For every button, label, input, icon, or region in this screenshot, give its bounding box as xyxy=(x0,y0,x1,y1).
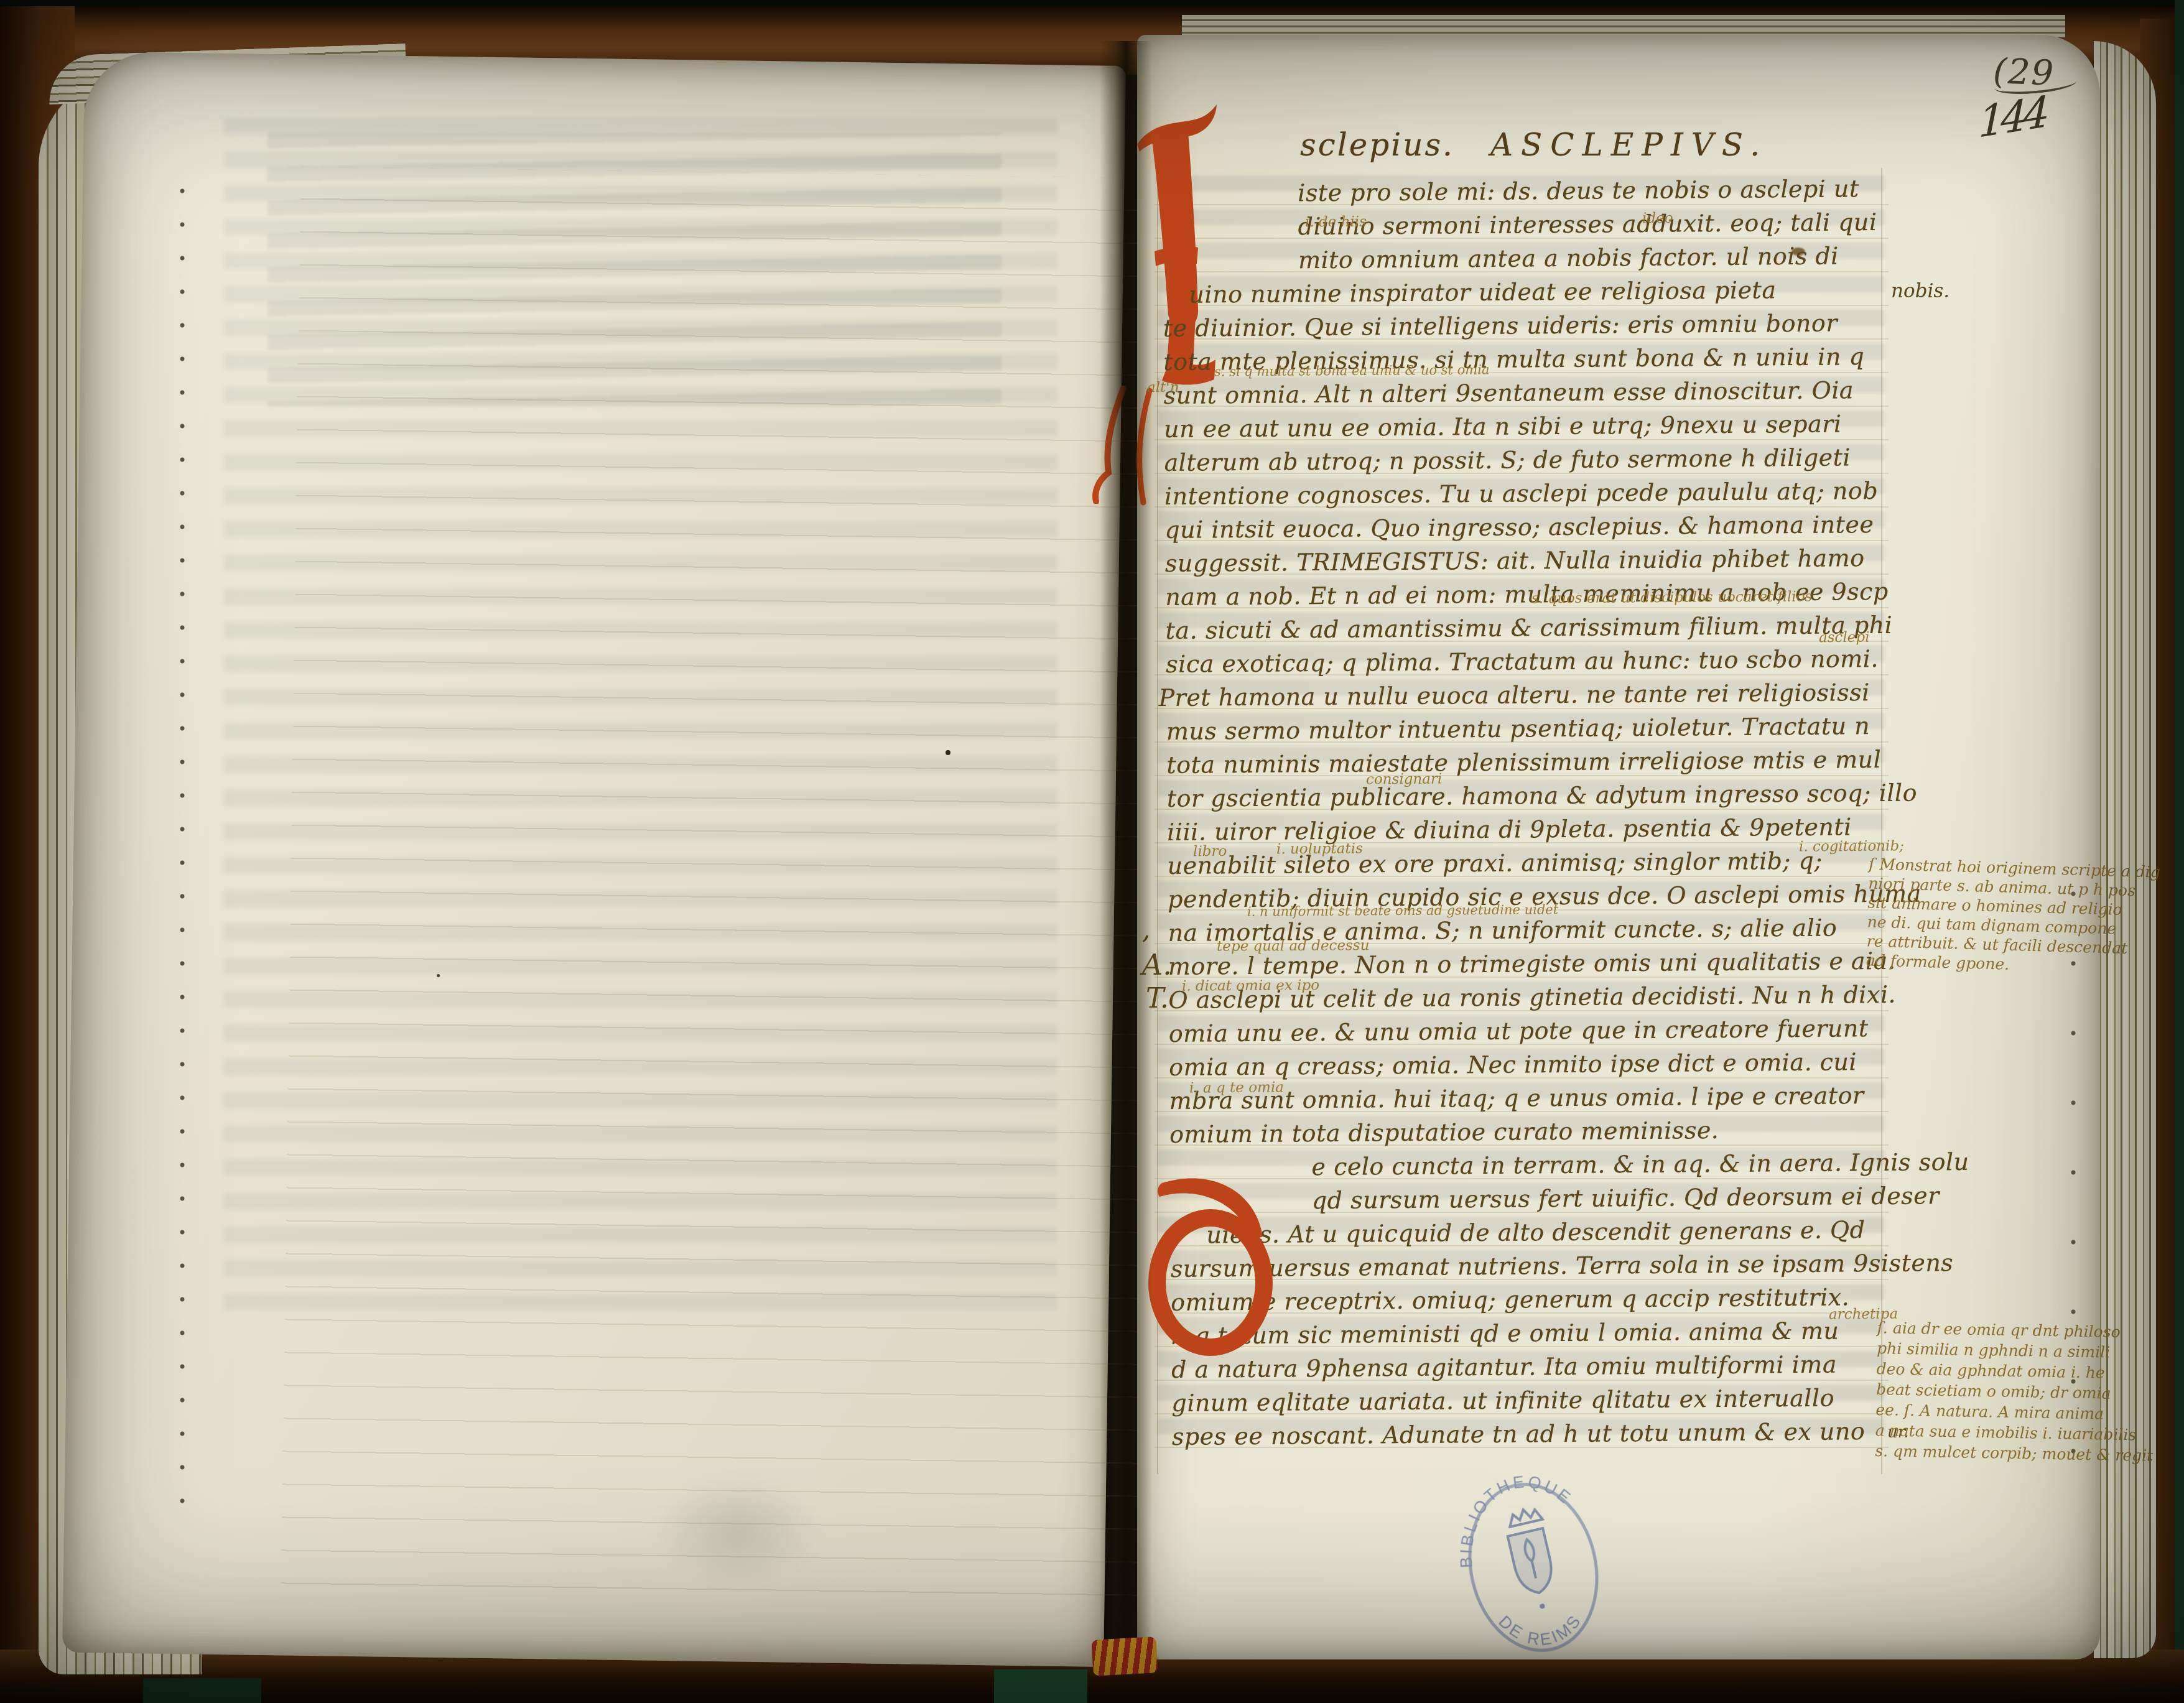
text-line: diuino sermoni interesses adduxit. eoq; … xyxy=(1162,206,1889,245)
endband-red-yellow xyxy=(1092,1636,1158,1676)
initial-d xyxy=(1141,1158,1278,1370)
margin-note-lower: ſ. aia dr ee omia qr dnt philosophi simi… xyxy=(1875,1317,2155,1466)
text-line: omia unu ee. & unu omia ut pote que in c… xyxy=(1169,1012,1895,1051)
heading-title: ASCLEPIVS. xyxy=(1490,127,1768,163)
interlinear-gloss: libro xyxy=(1193,843,1227,860)
text-line: alterum ab utroq; n possit. S; de futo s… xyxy=(1164,441,1890,480)
interlinear-gloss: asclepi xyxy=(1819,629,1870,646)
text-line: Pret hamona u nullu euoca alteru. ne tan… xyxy=(1158,676,1892,715)
text-line: un ee aut unu ee omia. Ita n sibi e utrq… xyxy=(1164,407,1890,447)
text-line: e celo cuncta in terram. & in aq. & in a… xyxy=(1169,1146,1896,1186)
backdrop-green-patch xyxy=(994,1669,1087,1703)
interlinear-gloss: i. uoluptatis xyxy=(1276,841,1363,858)
backdrop-green-patch xyxy=(143,1678,261,1703)
interlinear-gloss: i. a q te omia xyxy=(1189,1079,1284,1096)
text-line: mus sermo multor intuentu psentiaq; uiol… xyxy=(1166,710,1893,749)
backdrop-green-strip xyxy=(2175,0,2184,1703)
text-line: sunt omnia. Alt n alteri 9sentaneum esse… xyxy=(1164,374,1890,413)
margin-correction-nobis: nobis. xyxy=(1891,280,1949,302)
gutter-shadow xyxy=(1100,41,1152,1658)
heading: sclepius.ASCLEPIVS. xyxy=(1300,127,1768,163)
interlinear-gloss: i. n uniformit st beate oms ad gsuetudin… xyxy=(1247,902,1558,919)
text-line: h g totum sic meministi qd e omiu l omia… xyxy=(1171,1314,1897,1353)
interlinear-gloss: i. de hiis xyxy=(1305,214,1367,231)
interlinear-gloss: tepe qual ad decessu xyxy=(1217,937,1370,955)
text-line: spes ee noscant. Adunate tn ad h ut totu… xyxy=(1172,1415,1898,1454)
text-line: qui intsit euoca. Quo ingresso; asclepiu… xyxy=(1164,508,1891,547)
text-line: te diuinior. Que si intelligens uideris:… xyxy=(1163,307,1890,346)
text-line: sursum uersus emanat nutriens. Terra sol… xyxy=(1171,1247,1897,1286)
interlinear-gloss: i. cogitationib; xyxy=(1799,838,1904,855)
text-line: omia an q creass; omia. Nec inmito ipse … xyxy=(1169,1046,1895,1085)
interlinear-gloss: ideo xyxy=(1642,210,1673,226)
pricking-holes xyxy=(178,187,187,1518)
stamp-showthrough-smudge xyxy=(653,1475,821,1587)
text-line: iste pro sole mi: ds. deus te nobis o as… xyxy=(1162,172,1889,211)
stamp-emblem-crowned-shield xyxy=(1503,1506,1563,1613)
text-line: tota numinis maiestate plenissimum irrel… xyxy=(1166,743,1893,782)
text-line: uiens. At u quicquid de alto descendit g… xyxy=(1170,1213,1897,1253)
interlinear-gloss: s. si q multa st bona ea uniu & uo st om… xyxy=(1214,362,1490,379)
text-line: sica exoticaq; q plima. Tractatum au hun… xyxy=(1166,643,1892,682)
text-line: ta. sicuti & ad amantissimu & carissimum… xyxy=(1166,609,1892,648)
margin-note-upper: ſ Monstrat hoi originem scripte a dignio… xyxy=(1866,854,2160,978)
text-line: intentione cognosces. Tu u asclepi pcede… xyxy=(1164,475,1891,514)
interlinear-gloss: i. dicat omia ex ipo xyxy=(1182,977,1319,995)
text-line: mito omnium antea a nobis factor. ul noi… xyxy=(1163,239,1889,279)
text-line: omium in tota disputatioe curato meminis… xyxy=(1169,1113,1896,1152)
text-line: d a natura 9phensa agitantur. Ita omiu m… xyxy=(1171,1348,1898,1387)
manuscript-photo: (29 144 sclepius.ASCLEPIVS. iste pro sol… xyxy=(0,0,2184,1703)
interlinear-gloss: s. quos erat ut discipulos uocaret filio… xyxy=(1531,588,1812,606)
text-line: omium e receptrix. omiuq; generum q acci… xyxy=(1171,1281,1897,1320)
page-edge-stack-top-right xyxy=(1182,15,2065,37)
text-line: qd sursum uersus fert uiuific. Qd deorsu… xyxy=(1170,1180,1897,1219)
text-line: uino numine inspirator uideat ee religio… xyxy=(1163,273,1889,312)
text-line: tor gscientia publicare. hamona & adytum… xyxy=(1167,777,1894,816)
text-line: suggessit. TRIMEGISTUS: ait. Nulla inuid… xyxy=(1165,542,1892,581)
heading-continuation: sclepius. xyxy=(1300,127,1454,163)
ink-showthrough xyxy=(267,133,1001,407)
ink-speck xyxy=(946,750,950,755)
interlinear-gloss: consignari xyxy=(1366,771,1442,788)
text-line: ginum eqlitate uariata. ut infinite qlit… xyxy=(1171,1381,1898,1421)
ink-speck xyxy=(437,974,440,977)
